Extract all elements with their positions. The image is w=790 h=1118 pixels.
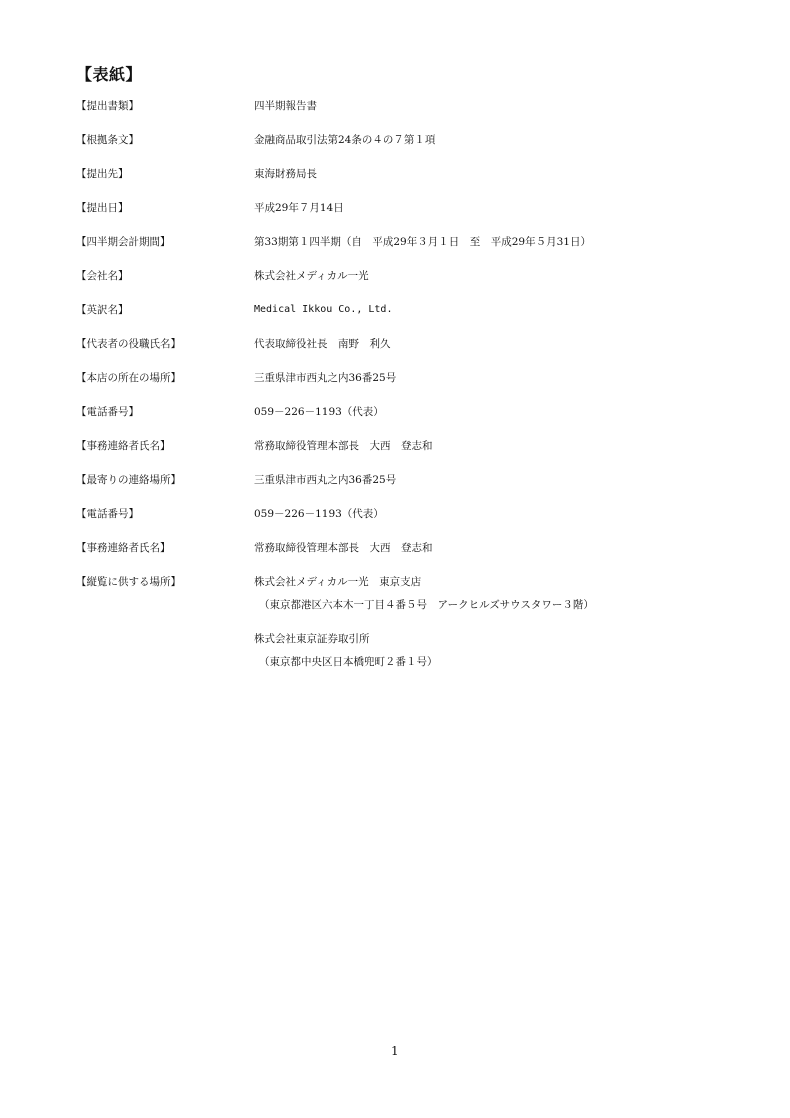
field-value: 059－226－1193（代表）	[254, 506, 384, 522]
field-nearest-contact-place: 【最寄りの連絡場所】 三重県津市西丸之内36番25号	[76, 472, 716, 488]
field-value: 四半期報告書	[254, 98, 317, 114]
field-value: 株式会社メディカル一光	[254, 268, 369, 284]
field-value: 平成29年７月14日	[254, 200, 344, 216]
field-label: 【提出先】	[76, 166, 129, 182]
field-label: 【根拠条文】	[76, 132, 139, 148]
inspection-place-name-2: 株式会社東京証券取引所	[254, 631, 370, 647]
field-label: 【提出日】	[76, 200, 129, 216]
field-legal-basis: 【根拠条文】 金融商品取引法第24条の４の７第１項	[76, 132, 716, 148]
field-label: 【最寄りの連絡場所】	[76, 472, 181, 488]
field-contact-person: 【事務連絡者氏名】 常務取締役管理本部長 大西 登志和	[76, 438, 716, 454]
field-value: 東海財務局長	[254, 166, 317, 182]
field-label: 【事務連絡者氏名】	[76, 438, 171, 454]
field-inspection-place: 【縦覧に供する場所】 株式会社メディカル一光 東京支店	[76, 574, 716, 590]
field-label: 【事務連絡者氏名】	[76, 540, 171, 556]
field-value: 第33期第１四半期（自 平成29年３月１日 至 平成29年５月31日）	[254, 234, 591, 250]
field-submission-document: 【提出書類】 四半期報告書	[76, 98, 716, 114]
inspection-place-address-2: （東京都中央区日本橋兜町２番１号）	[259, 654, 438, 670]
field-label: 【縦覧に供する場所】	[76, 574, 181, 590]
field-value: 常務取締役管理本部長 大西 登志和	[254, 438, 433, 454]
field-label: 【電話番号】	[76, 506, 139, 522]
field-label: 【提出書類】	[76, 98, 139, 114]
field-contact-person-2: 【事務連絡者氏名】 常務取締役管理本部長 大西 登志和	[76, 540, 716, 556]
field-value: 常務取締役管理本部長 大西 登志和	[254, 540, 433, 556]
field-value: 三重県津市西丸之内36番25号	[254, 370, 396, 386]
field-value: 059－226－1193（代表）	[254, 404, 384, 420]
field-submitted-to: 【提出先】 東海財務局長	[76, 166, 716, 182]
field-label: 【代表者の役職氏名】	[76, 336, 181, 352]
inspection-place-address-1: （東京都港区六本木一丁目４番５号 アークヒルズサウスタワー３階）	[259, 597, 594, 613]
field-head-office: 【本店の所在の場所】 三重県津市西丸之内36番25号	[76, 370, 716, 386]
page-number: 1	[391, 1044, 399, 1058]
field-label: 【英訳名】	[76, 302, 129, 318]
field-label: 【電話番号】	[76, 404, 139, 420]
field-value: 三重県津市西丸之内36番25号	[254, 472, 396, 488]
field-phone: 【電話番号】 059－226－1193（代表）	[76, 404, 716, 420]
field-label: 【四半期会計期間】	[76, 234, 171, 250]
document-page: 【表紙】 【提出書類】 四半期報告書 【根拠条文】 金融商品取引法第24条の４の…	[0, 0, 790, 1118]
field-english-name: 【英訳名】 Medical Ikkou Co., Ltd.	[76, 302, 716, 318]
field-value: 金融商品取引法第24条の４の７第１項	[254, 132, 435, 148]
field-label: 【本店の所在の場所】	[76, 370, 181, 386]
field-value: Medical Ikkou Co., Ltd.	[254, 302, 392, 318]
field-representative: 【代表者の役職氏名】 代表取締役社長 南野 利久	[76, 336, 716, 352]
field-value: 株式会社メディカル一光 東京支店	[254, 574, 421, 590]
field-phone-2: 【電話番号】 059－226－1193（代表）	[76, 506, 716, 522]
field-label: 【会社名】	[76, 268, 129, 284]
field-company-name: 【会社名】 株式会社メディカル一光	[76, 268, 716, 284]
field-quarterly-period: 【四半期会計期間】 第33期第１四半期（自 平成29年３月１日 至 平成29年５…	[76, 234, 716, 250]
field-submission-date: 【提出日】 平成29年７月14日	[76, 200, 716, 216]
cover-title: 【表紙】	[76, 62, 142, 85]
field-value: 代表取締役社長 南野 利久	[254, 336, 391, 352]
